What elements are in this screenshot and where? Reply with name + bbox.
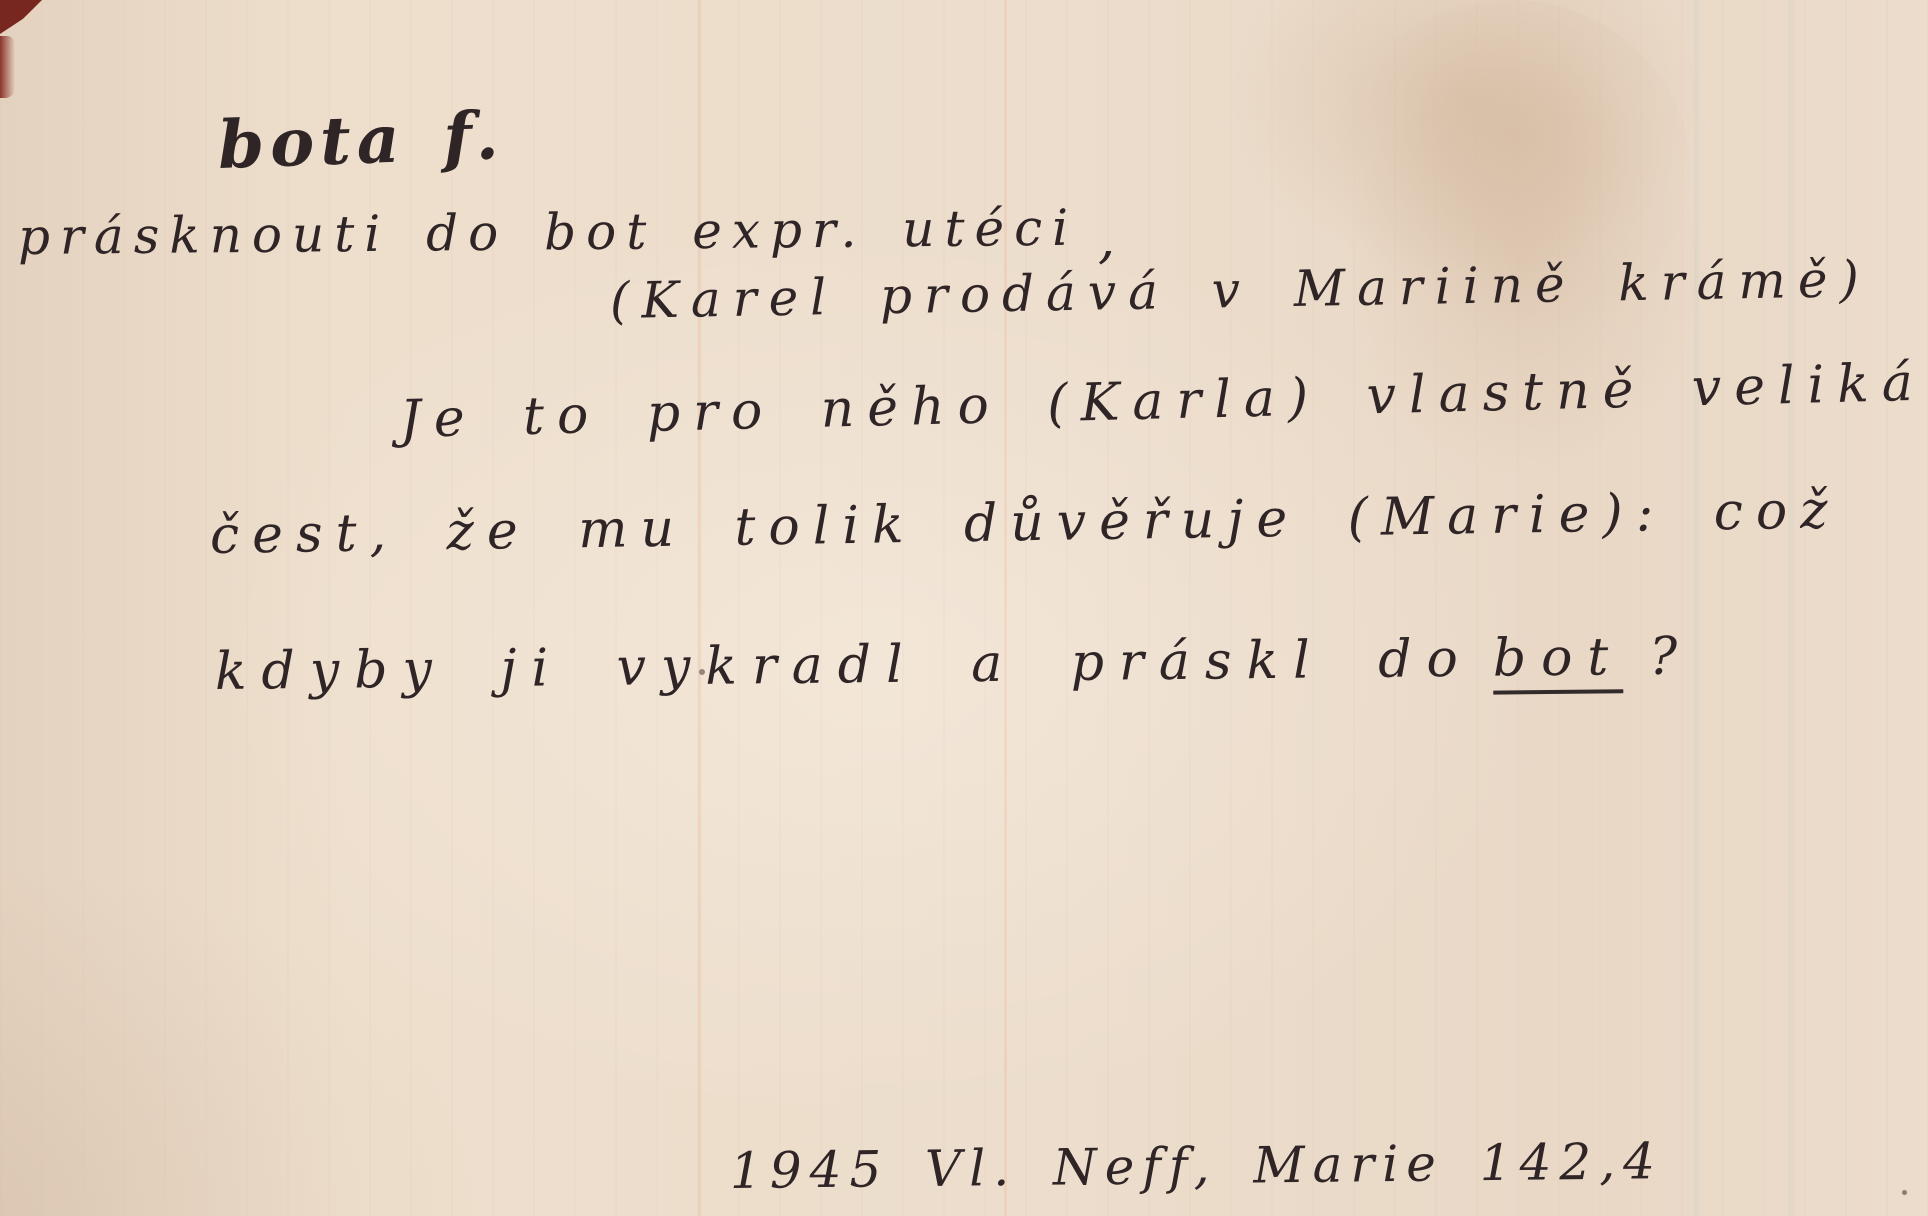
scan-speck	[1900, 1188, 1909, 1197]
edge-mark-left	[0, 36, 15, 98]
headword: bota	[217, 99, 407, 183]
quote-keyword-underlined: bot	[1492, 627, 1623, 694]
quote-line-2: čest, že mu tolik důvěřuje (Marie): což	[210, 484, 1841, 562]
citation-line: 1945 Vl. Neff, Marie 142,4	[730, 1136, 1663, 1196]
quote-line-3: kdyby ji vykradl a práskl dobot?	[215, 631, 1693, 698]
index-card: botaf. prásknouti do bot expr. utéci , (…	[0, 0, 1928, 1216]
gender-label: f.	[442, 96, 506, 176]
quote-line-3-before: kdyby ji vykradl a práskl do	[215, 629, 1473, 702]
context-line: (Karel prodává v Mariině krámě)	[610, 254, 1872, 326]
phrase-line: prásknouti do bot expr. utéci	[18, 203, 1079, 262]
quote-line-3-question-mark: ?	[1649, 627, 1693, 687]
headword-line: botaf.	[217, 102, 506, 178]
phrase-comma: ,	[1098, 212, 1115, 266]
corner-mark-top-left	[0, 0, 42, 34]
quote-line-1: Je to pro něho (Karla) vlastně veliká	[399, 357, 1926, 446]
ink-speck	[699, 669, 705, 675]
